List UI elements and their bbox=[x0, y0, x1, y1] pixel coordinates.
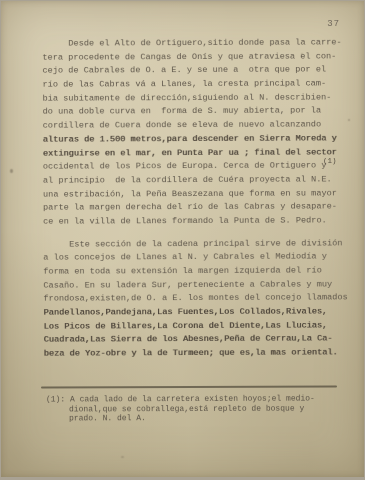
text-line: Casaño. En su ladera Sur, perteneciente … bbox=[43, 278, 343, 293]
paragraph-2: Este sección de la cadena principal sirv… bbox=[43, 237, 344, 361]
text-line: parte la margen derecha del río de las C… bbox=[43, 201, 343, 216]
text-line: beza de Yoz-obre y la de Turmeen; que es… bbox=[44, 346, 344, 361]
paper-speck bbox=[348, 119, 350, 121]
text-line: tera procedente de Cangas de Onís y que … bbox=[42, 50, 342, 65]
text-line: una estribación, la Peña Beaszezana que … bbox=[43, 187, 343, 202]
text-line: río de las Cabras vá a Llanes, la cresta… bbox=[42, 77, 342, 92]
text-line: Cuadrada,Las Sierra de los Abesnes,Peña … bbox=[44, 333, 344, 348]
footnote-line: dional,que se cobrallega,está repleto de… bbox=[46, 404, 338, 415]
paper-speck bbox=[301, 53, 303, 55]
text-line: cordillera de Cuera donde se eleva de nu… bbox=[43, 118, 343, 133]
text-line: alturas de 1.500 metros,para descender e… bbox=[43, 132, 343, 147]
scanned-paper-page: 37 Desde el Alto de Ortiguero,sitio dond… bbox=[1, 1, 364, 477]
text-line: cejo de Cabrales de O. a E. y se une a o… bbox=[42, 64, 342, 79]
body-text: Desde el Alto de Ortiguero,sitio donde p… bbox=[42, 36, 343, 361]
footnote-separator-rule bbox=[41, 385, 337, 388]
text-line: Pandellanos,Pandejana,Las Fuentes,Los Co… bbox=[43, 305, 343, 320]
footnote-reference-marker: (1) bbox=[323, 158, 337, 166]
text-line: bia subitamente de dirección,siguiendo a… bbox=[43, 91, 343, 106]
paper-speck bbox=[121, 456, 124, 458]
text-line: ce en la villa de Llanes formando la Pun… bbox=[43, 214, 343, 229]
paper-speck bbox=[10, 169, 13, 173]
footnote-line: (1): A cada lado de la carretera existen… bbox=[46, 394, 338, 405]
document-scan: { "colors": { "paper": "#d0c6a8", "ink":… bbox=[0, 0, 365, 480]
text-line: al principio de la cordillera de Cuéra p… bbox=[43, 173, 343, 188]
text-line: Los Picos de Billares,La Corona del Dien… bbox=[44, 319, 344, 334]
page-number: 37 bbox=[327, 19, 340, 29]
text-line: Este sección de la cadena principal sirv… bbox=[43, 237, 343, 252]
text-line: frondosa,existen,de O. a E. los montes d… bbox=[43, 292, 343, 307]
text-line: extinguirse en el mar, en Punta Par ua ;… bbox=[43, 146, 343, 161]
footnote-text: (1): A cada lado de la carretera existen… bbox=[46, 394, 338, 424]
text-line: Desde el Alto de Ortiguero,sitio donde p… bbox=[42, 36, 342, 51]
text-line: a los concejos de Llanes al N. y Cabrale… bbox=[43, 251, 343, 266]
text-line: do una doble curva en forma de S. muy ab… bbox=[43, 105, 343, 120]
text-line: forma en toda su extensión la margen izq… bbox=[43, 264, 343, 279]
text-line: occidental de los Picos de Europa. Cerca… bbox=[43, 160, 343, 175]
paragraph-1: Desde el Alto de Ortiguero,sitio donde p… bbox=[42, 36, 343, 229]
footnote-line: prado. N. del A. bbox=[46, 414, 338, 425]
